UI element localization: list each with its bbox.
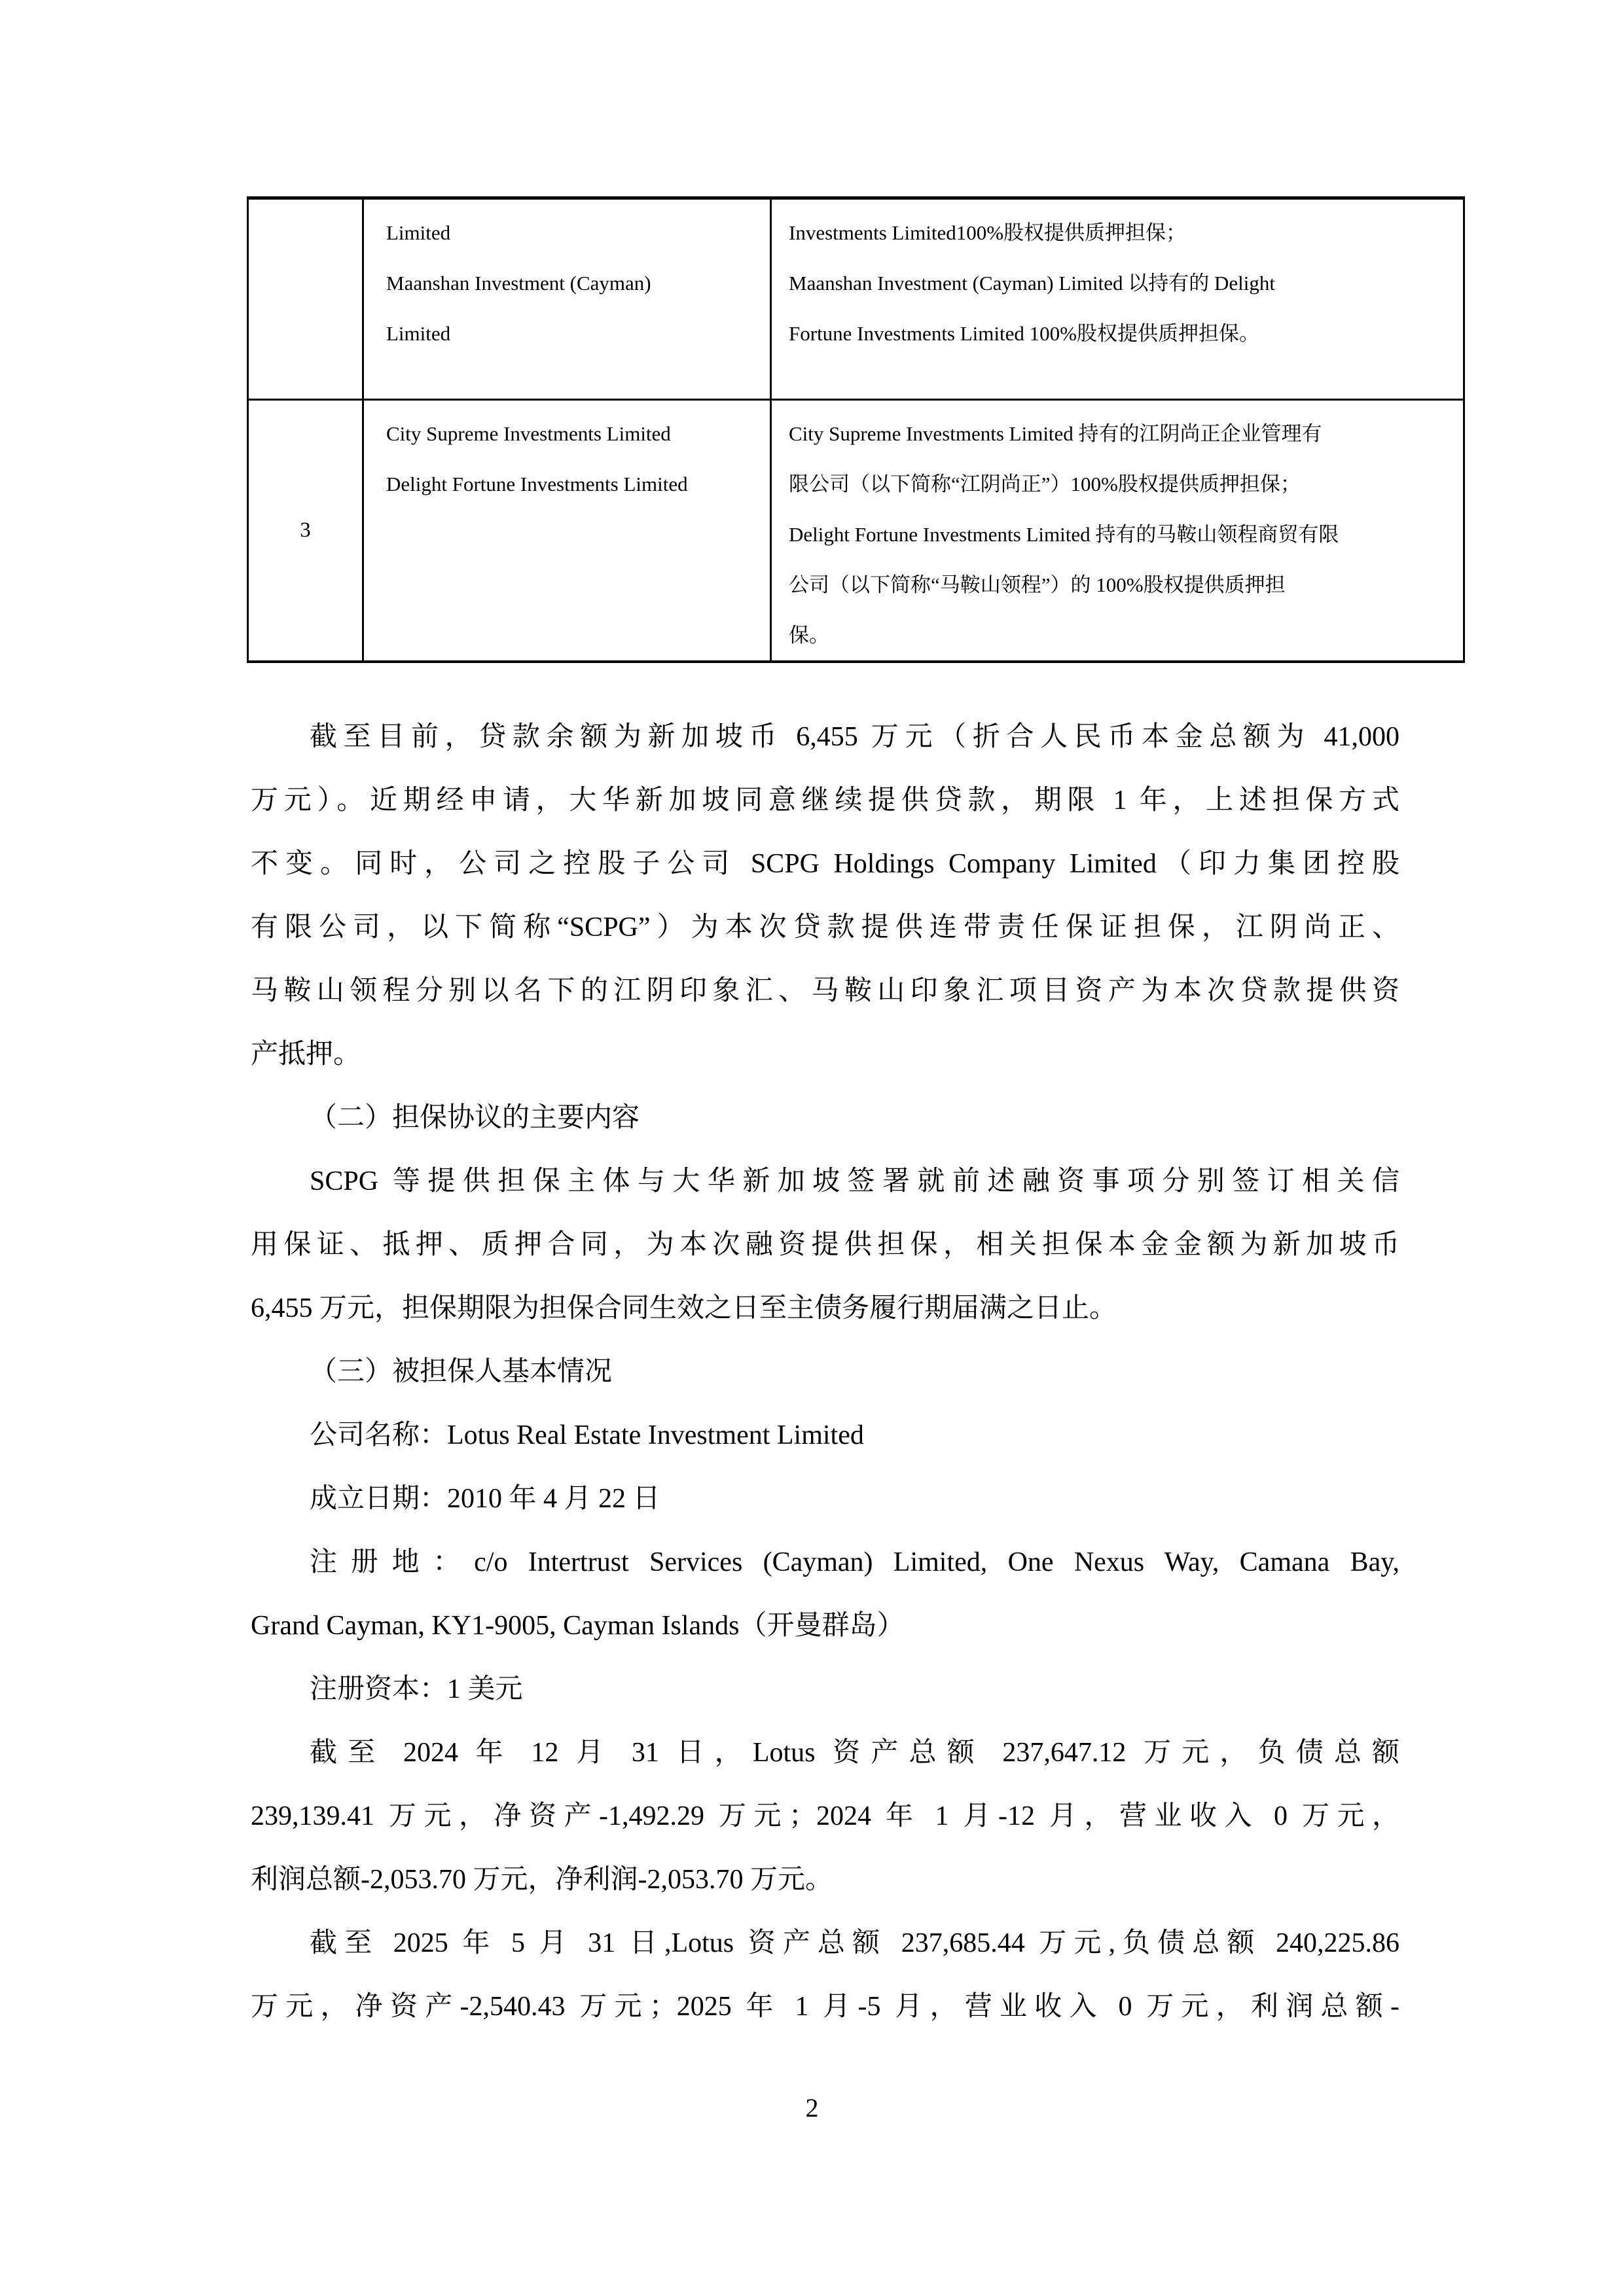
table-cell-line: 公司（以下简称“马鞍山领程”）的 100%股权提供质押担 (789, 560, 1463, 610)
body-line: 截至目前，贷款余额为新加坡币 6,455 万元（折合人民币本金总额为 41,00… (251, 706, 1399, 769)
body-line: Grand Cayman, KY1-9005, Cayman Islands（开… (251, 1594, 1399, 1658)
body-line: 6,455 万元，担保期限为担保合同生效之日至主债务履行期届满之日止。 (251, 1277, 1399, 1340)
pledgor-entities-cell: City Supreme Investments Limited Delight… (363, 400, 771, 662)
body-line: 注册地：c/o Intertrust Services (Cayman) Lim… (251, 1531, 1399, 1594)
body-line: 用保证、抵押、质押合同，为本次融资提供担保，相关担保本金金额为新加坡币 (251, 1213, 1399, 1277)
pledgor-entities-cell: Limited Maanshan Investment (Cayman) Lim… (363, 198, 771, 400)
table-cell-line: 限公司（以下简称“江阴尚正”）100%股权提供质押担保； (789, 459, 1463, 509)
row-index-cell: 3 (248, 400, 363, 662)
table-cell-line: Limited (386, 207, 770, 258)
body-line: 产抵押。 (251, 1023, 1399, 1086)
section-heading: （二）担保协议的主要内容 (251, 1086, 1399, 1150)
guarantee-description-cell: Investments Limited100%股权提供质押担保； Maansha… (771, 198, 1464, 400)
table-cell-line: Limited (386, 308, 770, 359)
table-cell-line: Maanshan Investment (Cayman) Limited 以持有… (789, 258, 1463, 308)
guarantee-description-cell: City Supreme Investments Limited 持有的江阴尚正… (771, 400, 1464, 662)
body-line: 马鞍山领程分别以名下的江阴印象汇、马鞍山印象汇项目资产为本次贷款提供资 (251, 960, 1399, 1023)
row-index-cell (248, 198, 363, 400)
table-cell-line: 保。 (789, 610, 1463, 660)
body-line: 不变。同时，公司之控股子公司 SCPG Holdings Company Lim… (251, 833, 1399, 896)
body-line: 239,139.41 万元，净资产-1,492.29 万元；2024 年 1 月… (251, 1785, 1399, 1848)
table-row: 3 City Supreme Investments Limited Delig… (248, 400, 1464, 662)
body-line: 截至 2024 年 12 月 31 日，Lotus 资产总额 237,647.1… (251, 1721, 1399, 1785)
body-line: 成立日期：2010 年 4 月 22 日 (251, 1467, 1399, 1531)
body-text: 截至目前，贷款余额为新加坡币 6,455 万元（折合人民币本金总额为 41,00… (251, 706, 1399, 2039)
body-line: 万元）。近期经申请，大华新加坡同意继续提供贷款，期限 1 年，上述担保方式 (251, 769, 1399, 833)
body-line: 注册资本：1 美元 (251, 1658, 1399, 1721)
body-line: 公司名称：Lotus Real Estate Investment Limite… (251, 1404, 1399, 1467)
guarantee-table: Limited Maanshan Investment (Cayman) Lim… (247, 196, 1465, 663)
body-line: SCPG 等提供担保主体与大华新加坡签署就前述融资事项分别签订相关信 (251, 1150, 1399, 1213)
table-cell-line: Delight Fortune Investments Limited (386, 459, 770, 509)
table-row: Limited Maanshan Investment (Cayman) Lim… (248, 198, 1464, 400)
table-cell-line: Maanshan Investment (Cayman) (386, 258, 770, 308)
table-cell-line: City Supreme Investments Limited 持有的江阴尚正… (789, 408, 1463, 459)
page-number: 2 (0, 2076, 1624, 2140)
section-heading: （三）被担保人基本情况 (251, 1340, 1399, 1404)
table-cell-line: Delight Fortune Investments Limited 持有的马… (789, 509, 1463, 560)
body-line: 截至 2025 年 5 月 31 日,Lotus 资产总额 237,685.44… (251, 1912, 1399, 1975)
body-line: 利润总额-2,053.70 万元，净利润-2,053.70 万元。 (251, 1848, 1399, 1912)
body-line: 万元，净资产-2,540.43 万元；2025 年 1 月-5 月，营业收入 0… (251, 1975, 1399, 2039)
table-cell-line: City Supreme Investments Limited (386, 408, 770, 459)
table-cell-line: Investments Limited100%股权提供质押担保； (789, 207, 1463, 258)
body-line: 有限公司，以下简称“SCPG”）为本次贷款提供连带责任保证担保，江阴尚正、 (251, 896, 1399, 960)
table-cell-line: Fortune Investments Limited 100%股权提供质押担保… (789, 308, 1463, 359)
document-page: Limited Maanshan Investment (Cayman) Lim… (0, 0, 1624, 2296)
